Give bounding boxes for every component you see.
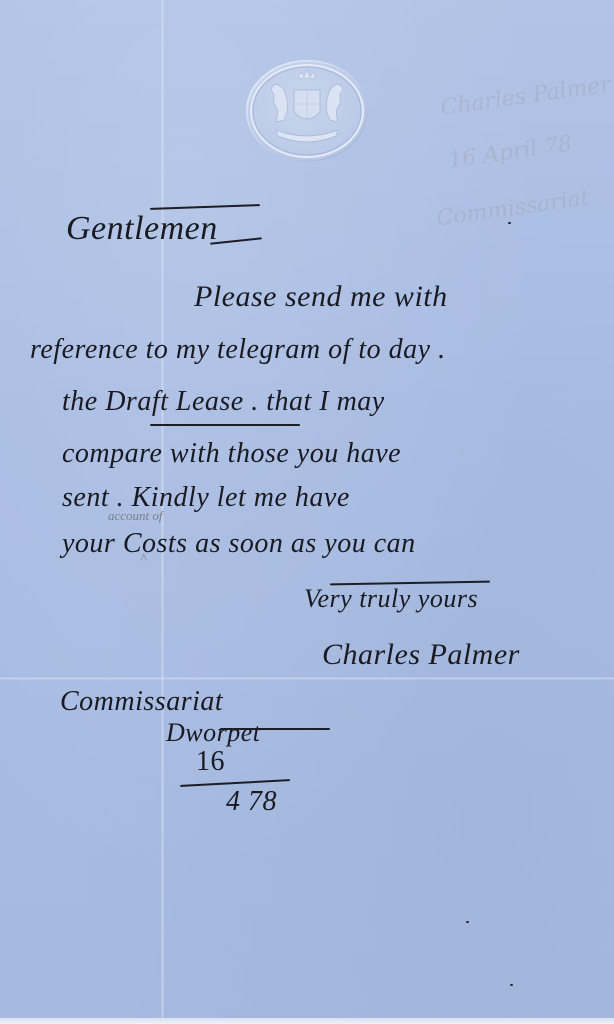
- bleed-through-text-2: 16 April 78: [447, 131, 574, 173]
- horizontal-fold-line: [0, 677, 614, 680]
- draft-lease-underline: [150, 424, 300, 426]
- signature: Charles Palmer: [322, 638, 520, 672]
- date-month-year: 4 78: [226, 786, 277, 818]
- ink-speck: [466, 921, 469, 923]
- letter-paper: Charles Palmer 16 April 78 Commissariat …: [0, 0, 614, 1024]
- embossed-coat-of-arms-icon: [246, 60, 368, 162]
- body-line-4: compare with those you have: [62, 438, 401, 470]
- body-line-2: reference to my telegram of to day .: [30, 334, 446, 366]
- ink-speck: [510, 984, 513, 986]
- salutation: Gentlemen: [66, 210, 218, 248]
- paper-bottom-edge: [0, 1018, 614, 1024]
- ink-speck: [508, 222, 511, 224]
- date-day: 16: [196, 746, 225, 778]
- closing: Very truly yours: [304, 584, 478, 614]
- pencil-insertion: account of: [108, 508, 163, 524]
- body-line-6: your Costs as soon as you can: [62, 528, 416, 560]
- bleed-through-text-3: Commissariat: [435, 185, 591, 231]
- body-line-5: sent . Kindly let me have: [62, 482, 350, 514]
- place-crossbar: [220, 728, 330, 730]
- body-line-1: Please send me with: [194, 280, 448, 314]
- place-line-2: Dworpet: [166, 718, 261, 748]
- bleed-through-text-1: Charles Palmer: [439, 72, 612, 121]
- salutation-flourish: [210, 237, 262, 244]
- body-line-3: the Draft Lease . that I may: [62, 386, 385, 418]
- place-line-1: Commissariat: [60, 686, 223, 718]
